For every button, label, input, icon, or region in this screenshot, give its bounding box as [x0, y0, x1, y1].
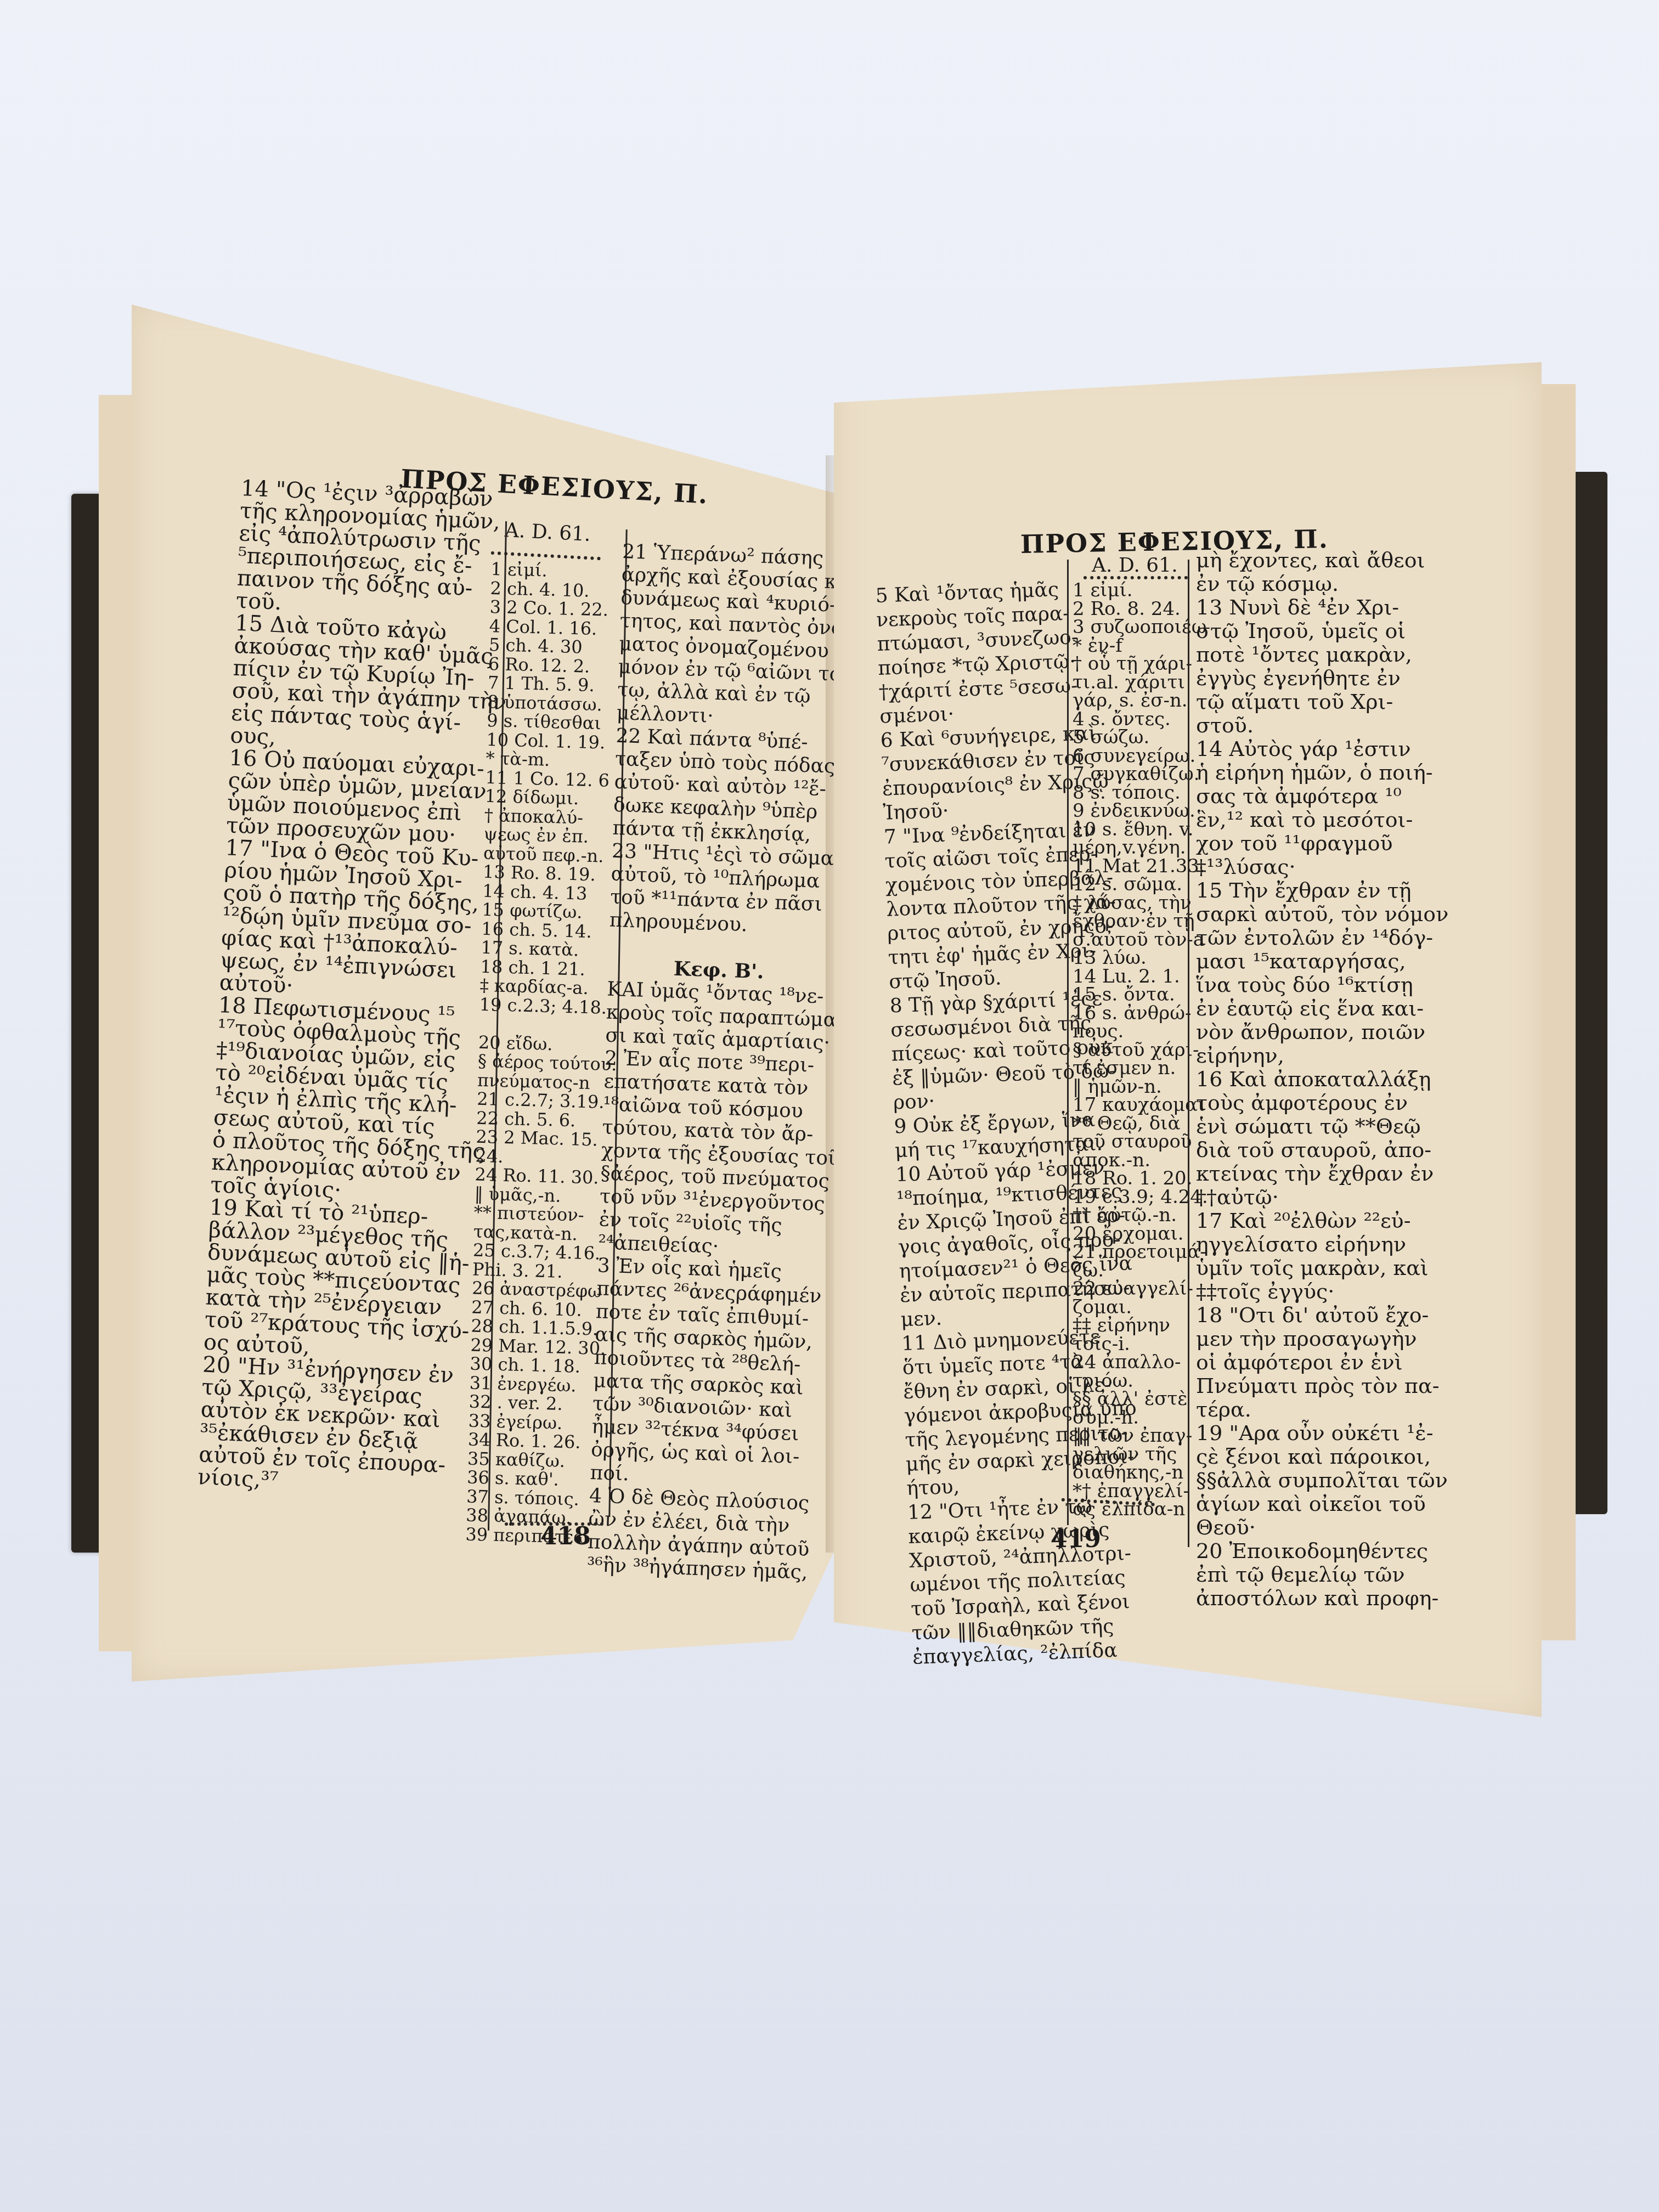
text-line: §§ἀλλὰ συμπολῖται τῶν	[1196, 1469, 1448, 1492]
text-line: ποτὲ ¹ὄντες μακρὰν,	[1196, 643, 1448, 667]
text-line: 20 Ἐποικοδομηθέντες	[1196, 1539, 1448, 1563]
right-right-column: μὴ ἔχοντες, καὶ ἄθεοιἐν τῷ κόσμῳ.13 Νυνὶ…	[1196, 549, 1448, 1610]
text-line: ἓν,¹² καὶ τὸ μεσότοι-	[1196, 808, 1448, 832]
text-line: ‡‡τοῖς ἐγγύς·	[1196, 1280, 1448, 1304]
text-line: οἱ ἀμφότεροι ἐν ἑνὶ	[1196, 1351, 1448, 1374]
text-line: ἐν ἑαυτῷ εἰς ἕνα και-	[1196, 997, 1448, 1020]
left-main-column: 14 "Ος ¹ἐςιν ³ἀρραβὼντῆς κληρονομίας ἡμῶ…	[198, 477, 516, 1500]
text-line: ἐγγὺς ἐγενήθητε ἐν	[1196, 667, 1448, 690]
text-line: ‡¹³λύσας·	[1196, 855, 1448, 879]
text-line: εἰρήνην,	[1196, 1044, 1448, 1068]
text-line: τέρα.	[1196, 1398, 1448, 1421]
text-line: ἡ εἰρήνη ἡμῶν, ὁ ποιή-	[1196, 761, 1448, 785]
text-line: νὸν ἄνθρωπον, ποιῶν	[1196, 1020, 1448, 1044]
right-page-number: 419	[1051, 1525, 1101, 1553]
text-line: τῶν ἐντολῶν ἐν ¹⁴δόγ-	[1196, 926, 1448, 950]
right-column-rule-2	[1188, 560, 1189, 1547]
text-line: ὑμῖν τοῖς μακρὰν, καὶ	[1196, 1256, 1448, 1280]
text-line: στοῦ.	[1196, 714, 1448, 737]
text-line: τῷ αἵματι τοῦ Χρι-	[1196, 690, 1448, 714]
text-line: ἐν τῷ κόσμῳ.	[1196, 572, 1448, 596]
text-line: 19 "Αρα οὖν οὐκέτι ¹ἐ-	[1196, 1421, 1448, 1445]
open-book: ΠΡΟΣ ΕΦΕΣΙΟΥΣ, Π. A. D. 61. 14 "Ος ¹ἐςιν…	[0, 0, 1659, 2212]
text-line: ἁγίων καὶ οἰκεῖοι τοῦ	[1196, 1492, 1448, 1516]
text-line: κτείνας τὴν ἔχθραν ἐν	[1196, 1162, 1448, 1186]
text-line: 18 "Οτι δι' αὐτοῦ ἔχο-	[1196, 1304, 1448, 1327]
text-line: 14 Αὐτὸς γάρ ¹ἐστιν	[1196, 737, 1448, 761]
text-line: 19 c.2.3; 4.18.	[479, 995, 618, 1017]
text-line: χον τοῦ ¹¹φραγμοῦ	[1196, 832, 1448, 855]
text-line: ἀποστόλων καὶ προφη-	[1196, 1587, 1448, 1610]
left-page-number: 418	[540, 1522, 591, 1550]
text-line: σας τὰ ἀμφότερα ¹⁰	[1196, 785, 1448, 808]
text-line: μασι ¹⁵καταργήσας,	[1196, 950, 1448, 973]
text-line: τοὺς ἀμφοτέρους ἐν	[1196, 1091, 1448, 1115]
text-line: ἵνα τοὺς δύο ¹⁶κτίσῃ	[1196, 973, 1448, 997]
text-line: ††αὐτῷ·	[1196, 1186, 1448, 1209]
text-line: 15 Τὴν ἔχθραν ἐν τῇ	[1196, 879, 1448, 902]
text-line: διὰ τοῦ σταυροῦ, ἀπο-	[1196, 1138, 1448, 1162]
left-right-column: 21 Ὑπεράνω² πάσηςἀρχῆς καὶ ἐξουσίας καὶδ…	[586, 540, 864, 1585]
text-line: ἑνὶ σώματι τῷ **Θεῷ	[1196, 1115, 1448, 1138]
text-line: μεν τὴν προσαγωγὴν	[1196, 1327, 1448, 1351]
text-line: 17 Καὶ ²⁰ἐλθὼν ²²εὐ-	[1196, 1209, 1448, 1233]
text-line: ςὲ ξένοι καὶ πάροικοι,	[1196, 1445, 1448, 1469]
text-line: Θεοῦ·	[1196, 1516, 1448, 1539]
text-line: 16 Καὶ ἀποκαταλλάξῃ	[1196, 1068, 1448, 1091]
text-line: 13 Νυνὶ δὲ ⁴ἐν Χρι-	[1196, 596, 1448, 619]
text-line: μὴ ἔχοντες, καὶ ἄθεοι	[1196, 549, 1448, 572]
left-date: A. D. 61.	[504, 516, 591, 549]
text-line: σαρκὶ αὐτοῦ, τὸν νόμον	[1196, 902, 1448, 926]
text-line: ἐπὶ τῷ θεμελίῳ τῶν	[1196, 1563, 1448, 1587]
right-column-rule-1	[1067, 560, 1069, 1525]
text-line: στῷ Ἰησοῦ, ὑμεῖς οἱ	[1196, 619, 1448, 643]
text-line: ηγγελίσατο εἰρήνην	[1196, 1233, 1448, 1256]
text-line: Πνεύματι πρὸς τὸν πα-	[1196, 1374, 1448, 1398]
